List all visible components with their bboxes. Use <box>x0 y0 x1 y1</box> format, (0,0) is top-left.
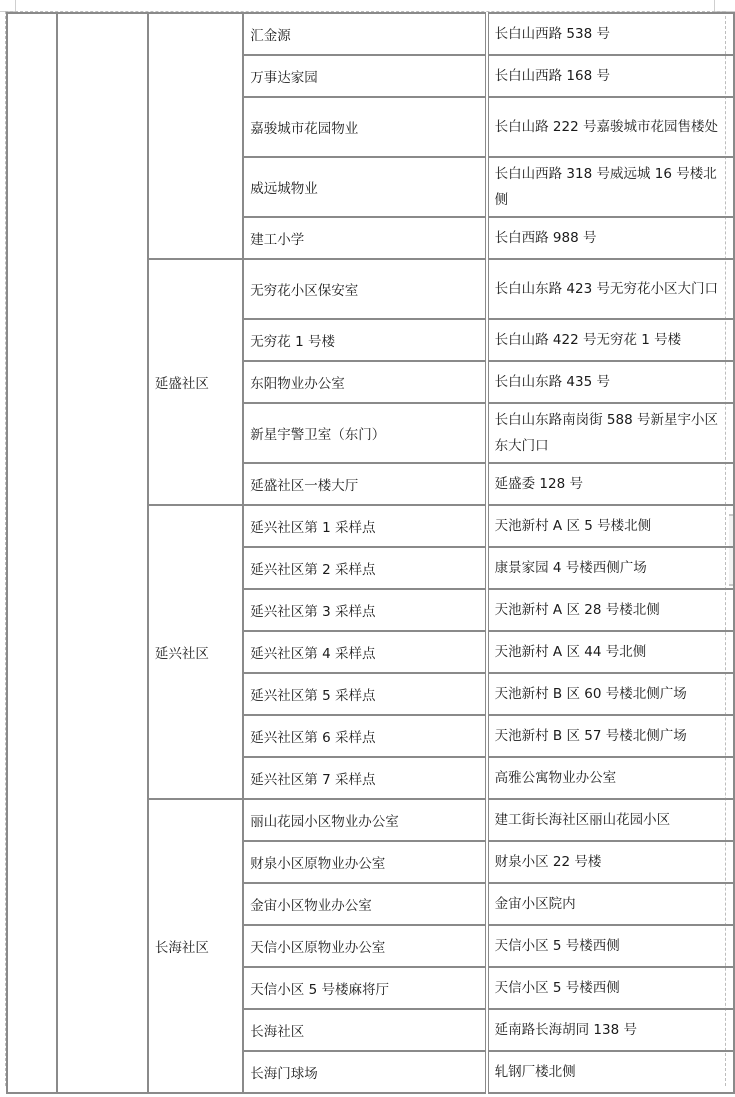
site-name-cell: 长海社区 <box>243 1009 486 1051</box>
site-name: 无穷花小区保安室 <box>250 279 484 299</box>
site-name: 万事达家园 <box>250 66 484 86</box>
community-name: 延兴社区 <box>155 642 242 662</box>
site-address-cell: 高雅公寓物业办公室 <box>487 757 734 799</box>
site-name-cell: 延兴社区第 6 采样点 <box>243 715 486 757</box>
site-name-cell: 汇金源 <box>243 13 486 55</box>
site-address-cell: 建工街长海社区丽山花园小区 <box>487 799 734 841</box>
site-name: 财泉小区原物业办公室 <box>250 852 484 872</box>
site-address: 轧钢厂楼北侧 <box>495 1059 729 1085</box>
site-name: 威远城物业 <box>250 177 484 197</box>
site-name-cell: 无穷花 1 号楼 <box>243 319 486 361</box>
site-name: 丽山花园小区物业办公室 <box>250 810 484 830</box>
site-address-cell: 天信小区 5 号楼西侧 <box>487 967 734 1009</box>
site-name-cell: 延兴社区第 1 采样点 <box>243 505 486 547</box>
site-name-cell: 延兴社区第 5 采样点 <box>243 673 486 715</box>
site-name: 东阳物业办公室 <box>250 372 484 392</box>
site-address-cell: 轧钢厂楼北侧 <box>487 1051 734 1093</box>
site-address: 天池新村 A 区 5 号楼北侧 <box>495 513 729 539</box>
site-name-cell: 天信小区 5 号楼麻将厅 <box>243 967 486 1009</box>
site-address: 长白山路 422 号无穷花 1 号楼 <box>495 327 729 353</box>
site-name: 延兴社区第 3 采样点 <box>250 600 484 620</box>
site-address: 长白山西路 538 号 <box>495 21 729 47</box>
site-name: 延盛社区一楼大厅 <box>250 474 484 494</box>
site-address-cell: 金宙小区院内 <box>487 883 734 925</box>
site-name-cell: 无穷花小区保安室 <box>243 259 486 319</box>
site-name: 天信小区 5 号楼麻将厅 <box>250 978 484 998</box>
site-address: 天信小区 5 号楼西侧 <box>495 933 729 959</box>
site-name-cell: 嘉骏城市花园物业 <box>243 97 486 157</box>
site-name: 长海社区 <box>250 1020 484 1040</box>
community-name: 延盛社区 <box>155 372 242 392</box>
site-name: 延兴社区第 7 采样点 <box>250 768 484 788</box>
site-name-cell: 延盛社区一楼大厅 <box>243 463 486 505</box>
community-cell: 延兴社区 <box>148 505 243 799</box>
site-name-cell: 延兴社区第 4 采样点 <box>243 631 486 673</box>
community-cell: 长海社区 <box>148 799 243 1093</box>
sampling-sites-table: 汇金源长白山西路 538 号万事达家园长白山西路 168 号嘉骏城市花园物业长白… <box>6 12 735 1094</box>
site-address-cell: 延南路长海胡同 138 号 <box>487 1009 734 1051</box>
site-address: 长白山东路 435 号 <box>495 369 729 395</box>
site-address-cell: 长白西路 988 号 <box>487 217 734 259</box>
site-name: 延兴社区第 2 采样点 <box>250 558 484 578</box>
site-name-cell: 延兴社区第 2 采样点 <box>243 547 486 589</box>
site-name-cell: 丽山花园小区物业办公室 <box>243 799 486 841</box>
site-name: 嘉骏城市花园物业 <box>250 117 484 137</box>
site-address-cell: 康景家园 4 号楼西侧广场 <box>487 547 734 589</box>
table-row: 汇金源长白山西路 538 号 <box>7 13 734 55</box>
site-address-cell: 长白山东路南岗街 588 号新星宇小区东大门口 <box>487 403 734 463</box>
site-name: 汇金源 <box>250 24 484 44</box>
site-address-cell: 延盛委 128 号 <box>487 463 734 505</box>
community-cell <box>148 13 243 259</box>
site-address: 长白山西路 318 号威远城 16 号楼北侧 <box>495 161 729 213</box>
site-address-cell: 天池新村 B 区 60 号楼北侧广场 <box>487 673 734 715</box>
community-cell: 延盛社区 <box>148 259 243 505</box>
site-name: 金宙小区物业办公室 <box>250 894 484 914</box>
site-address: 延盛委 128 号 <box>495 471 729 497</box>
site-address: 长白山西路 168 号 <box>495 63 729 89</box>
site-address-cell: 天池新村 A 区 28 号楼北侧 <box>487 589 734 631</box>
site-name: 建工小学 <box>250 228 484 248</box>
site-name-cell: 万事达家园 <box>243 55 486 97</box>
site-address-cell: 财泉小区 22 号楼 <box>487 841 734 883</box>
site-name-cell: 延兴社区第 7 采样点 <box>243 757 486 799</box>
street-cell <box>57 13 148 1093</box>
site-name: 延兴社区第 6 采样点 <box>250 726 484 746</box>
site-name: 延兴社区第 4 采样点 <box>250 642 484 662</box>
site-address: 天池新村 A 区 44 号北侧 <box>495 639 729 665</box>
site-name-cell: 建工小学 <box>243 217 486 259</box>
community-name: 长海社区 <box>155 936 242 956</box>
site-address-cell: 长白山西路 168 号 <box>487 55 734 97</box>
site-address-cell: 长白山西路 538 号 <box>487 13 734 55</box>
site-address: 财泉小区 22 号楼 <box>495 849 729 875</box>
site-address-cell: 长白山东路 435 号 <box>487 361 734 403</box>
site-address-cell: 天信小区 5 号楼西侧 <box>487 925 734 967</box>
site-name-cell: 长海门球场 <box>243 1051 486 1093</box>
site-address: 建工街长海社区丽山花园小区 <box>495 807 729 833</box>
site-name-cell: 延兴社区第 3 采样点 <box>243 589 486 631</box>
site-name-cell: 天信小区原物业办公室 <box>243 925 486 967</box>
site-address-cell: 长白山路 422 号无穷花 1 号楼 <box>487 319 734 361</box>
site-address: 天池新村 A 区 28 号楼北侧 <box>495 597 729 623</box>
site-address: 天信小区 5 号楼西侧 <box>495 975 729 1001</box>
site-address: 长白山东路 423 号无穷花小区大门口 <box>495 276 729 302</box>
site-name: 新星宇警卫室（东门） <box>250 423 484 443</box>
site-address-cell: 天池新村 B 区 57 号楼北侧广场 <box>487 715 734 757</box>
site-name: 延兴社区第 1 采样点 <box>250 516 484 536</box>
site-name: 天信小区原物业办公室 <box>250 936 484 956</box>
site-name-cell: 财泉小区原物业办公室 <box>243 841 486 883</box>
site-address-cell: 长白山东路 423 号无穷花小区大门口 <box>487 259 734 319</box>
site-address-cell: 长白山路 222 号嘉骏城市花园售楼处 <box>487 97 734 157</box>
site-address: 康景家园 4 号楼西侧广场 <box>495 555 729 581</box>
site-name: 延兴社区第 5 采样点 <box>250 684 484 704</box>
site-address-cell: 天池新村 A 区 44 号北侧 <box>487 631 734 673</box>
site-address: 天池新村 B 区 60 号楼北侧广场 <box>495 681 729 707</box>
site-name-cell: 新星宇警卫室（东门） <box>243 403 486 463</box>
site-address: 金宙小区院内 <box>495 891 729 917</box>
site-name-cell: 东阳物业办公室 <box>243 361 486 403</box>
district-cell <box>7 13 57 1093</box>
site-address: 天池新村 B 区 57 号楼北侧广场 <box>495 723 729 749</box>
site-address: 延南路长海胡同 138 号 <box>495 1017 729 1043</box>
site-address: 高雅公寓物业办公室 <box>495 765 729 791</box>
site-name: 无穷花 1 号楼 <box>250 330 484 350</box>
site-address: 长白山东路南岗街 588 号新星宇小区东大门口 <box>495 407 729 459</box>
site-address: 长白西路 988 号 <box>495 225 729 251</box>
site-name-cell: 金宙小区物业办公室 <box>243 883 486 925</box>
site-address: 长白山路 222 号嘉骏城市花园售楼处 <box>495 114 729 140</box>
site-name-cell: 威远城物业 <box>243 157 486 217</box>
site-name: 长海门球场 <box>250 1062 484 1082</box>
site-address-cell: 天池新村 A 区 5 号楼北侧 <box>487 505 734 547</box>
site-address-cell: 长白山西路 318 号威远城 16 号楼北侧 <box>487 157 734 217</box>
